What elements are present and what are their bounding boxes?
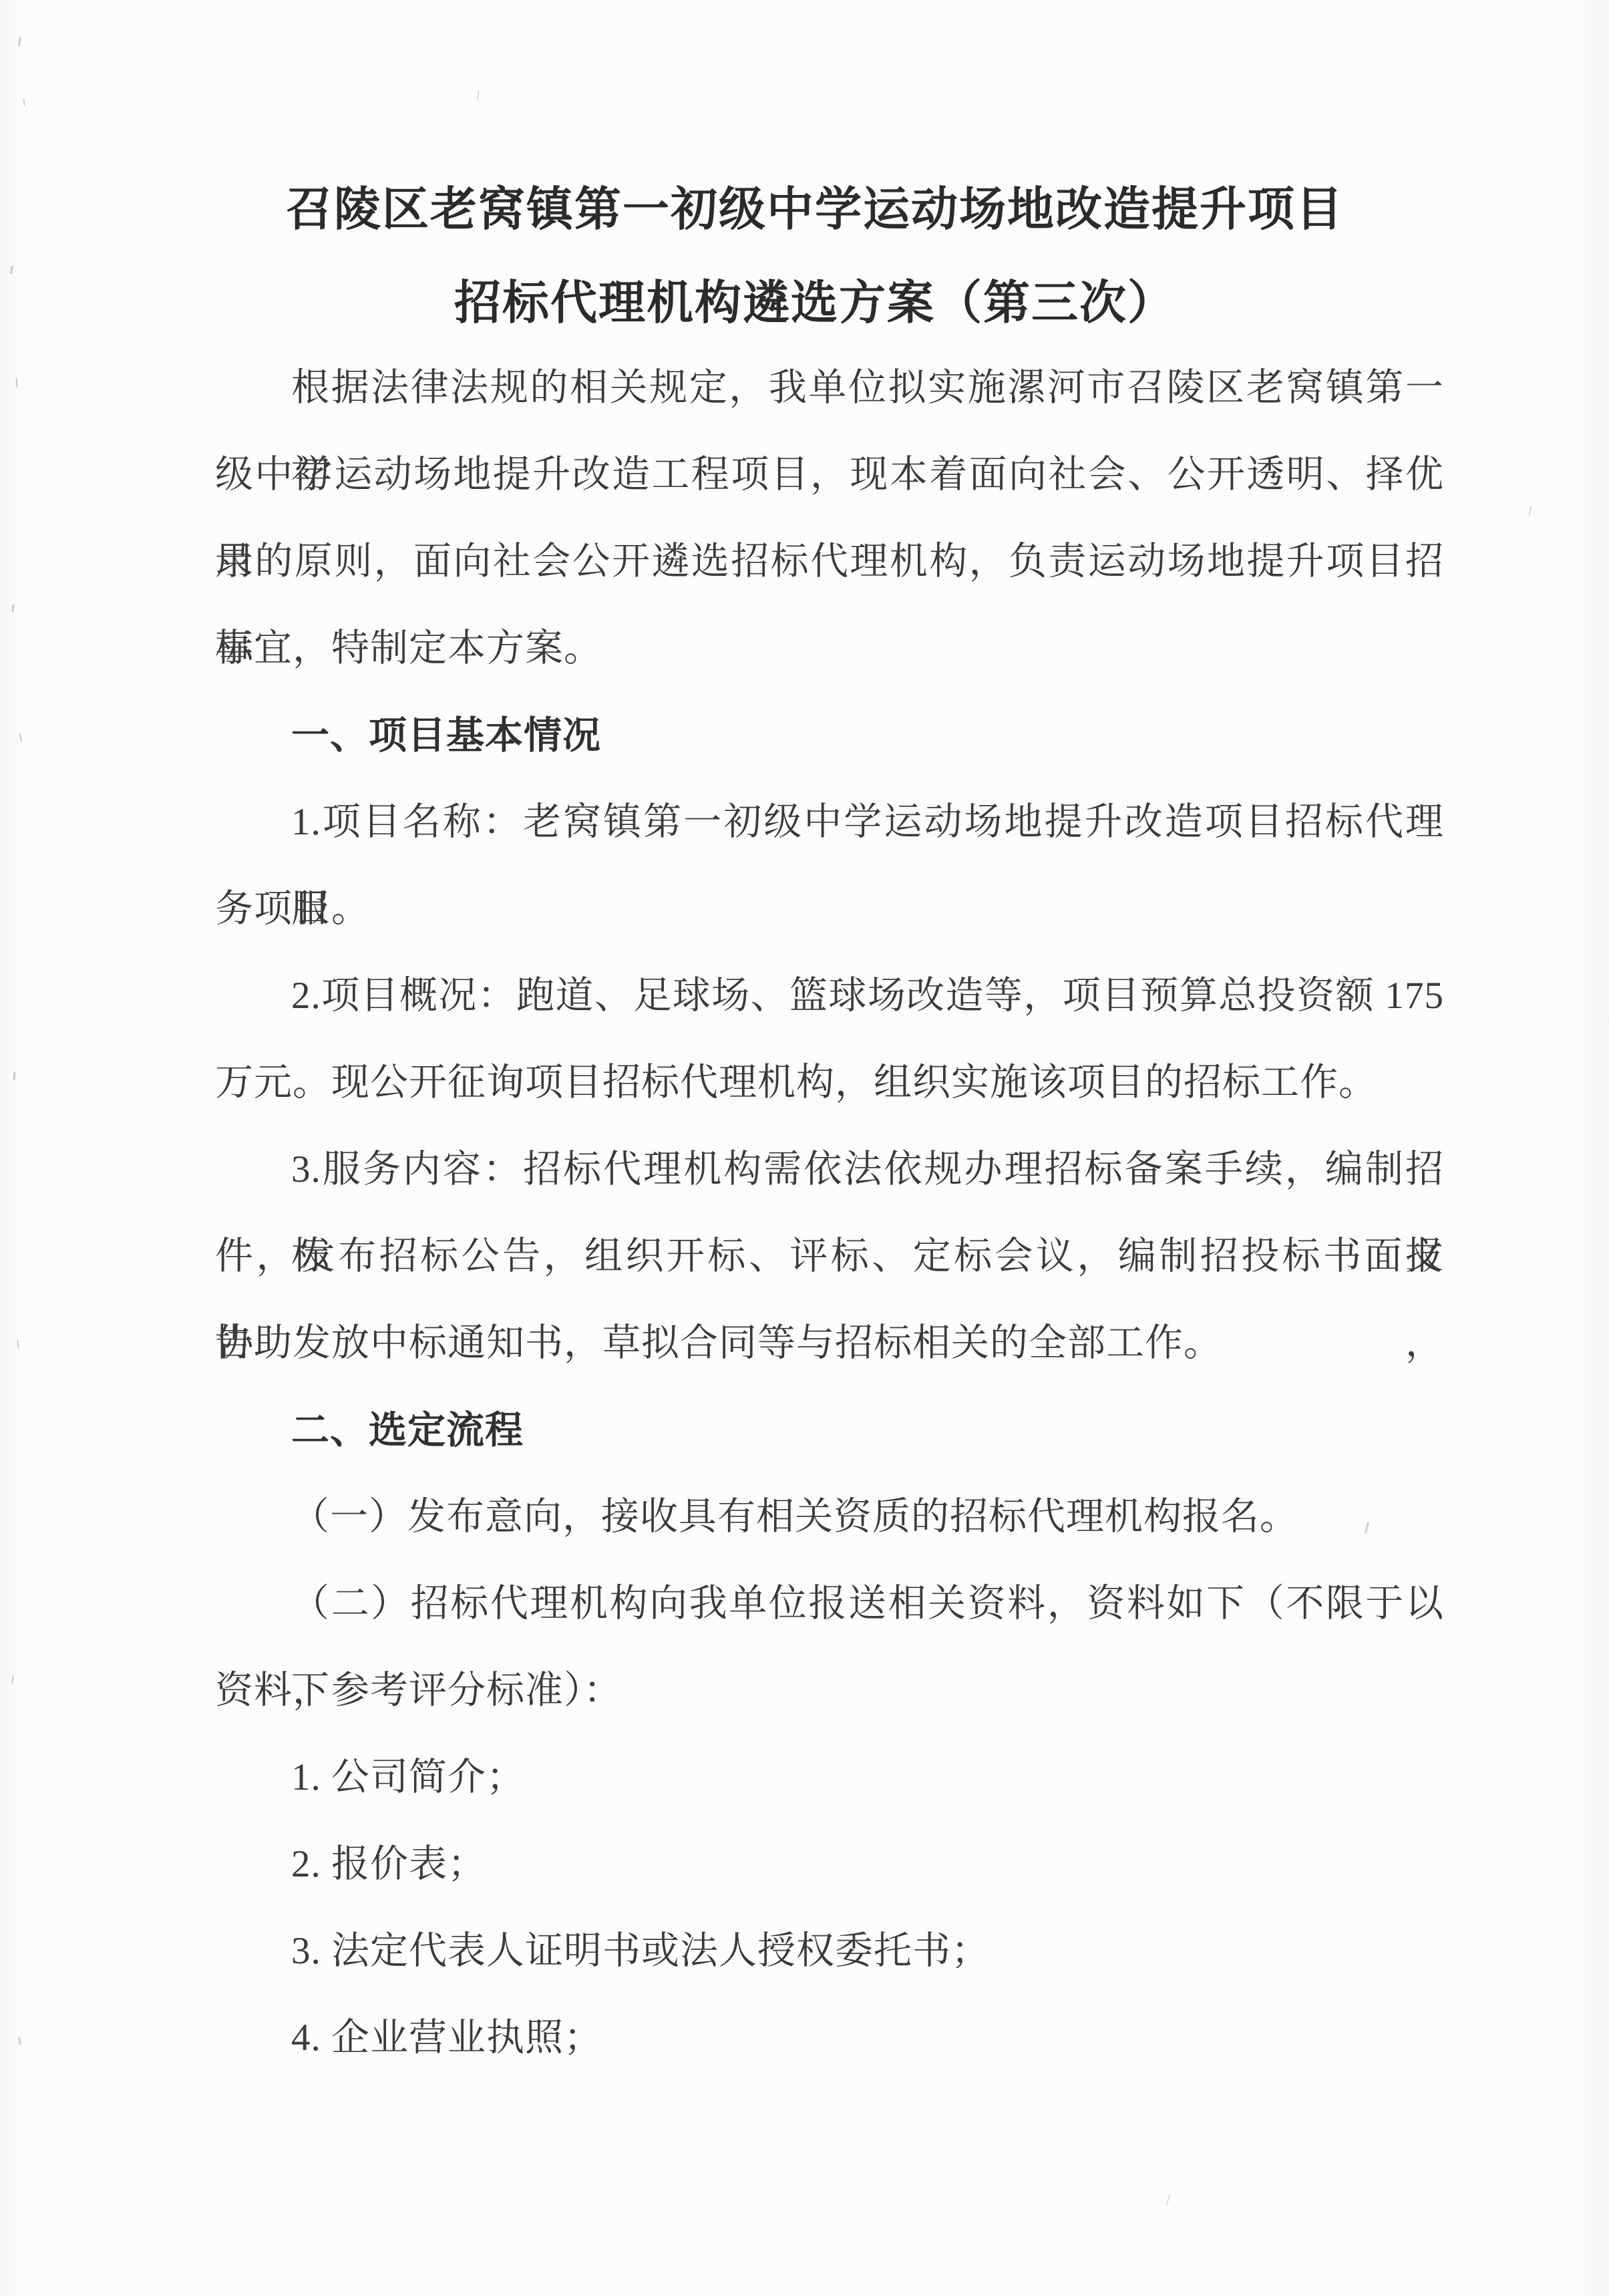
body-line: （二）招标代理机构向我单位报送相关资料，资料如下（不限于以下 [215,1561,1444,1647]
scan-noise [11,605,14,612]
body-line: 1.项目名称：老窝镇第一初级中学运动场地提升改造项目招标代理服 [215,779,1444,866]
scan-noise [477,90,479,101]
scan-noise [11,1675,13,1683]
body-line: 用的原则，面向社会公开遴选招标代理机构，负责运动场地提升项目招标 [215,518,1444,605]
body-line: 2.项目概况：跑道、足球场、篮球场改造等，项目预算总投资额 175 [215,953,1444,1039]
scan-noise [15,377,17,387]
title-line-2: 招标代理机构遴选方案（第三次） [200,257,1429,351]
list-item: 4. 企业营业执照； [215,1995,1444,2082]
title-line-1: 召陵区老窝镇第一初级中学运动场地改造提升项目 [200,164,1429,257]
scan-noise [1166,2194,1170,2205]
document-body: 根据法律法规的相关规定，我单位拟实施漯河市召陵区老窝镇第一初 级中学运动场地提升… [215,345,1444,2082]
body-line: 件，发布招标公告，组织开标、评标、定标会议，编制招投标书面报告， [215,1213,1444,1300]
scan-noise [23,99,25,106]
scan-noise [18,37,21,46]
list-item: 2. 报价表； [215,1821,1444,1908]
document-title: 召陵区老窝镇第一初级中学运动场地改造提升项目 招标代理机构遴选方案（第三次） [200,164,1429,351]
body-line: 事宜，特制定本方案。 [215,605,1444,692]
body-line: 资料，参考评分标准）： [215,1647,1444,1734]
body-line: 根据法律法规的相关规定，我单位拟实施漯河市召陵区老窝镇第一初 [215,345,1444,432]
section-heading: 二、选定流程 [215,1387,1444,1474]
body-line: 务项目。 [215,866,1444,953]
scan-noise [19,733,22,742]
scan-noise [10,266,13,274]
scan-noise [1529,506,1532,516]
body-line: 3.服务内容：招标代理机构需依法依规办理招标备案手续，编制招标文 [215,1126,1444,1213]
list-item: 1. 公司简介； [215,1734,1444,1821]
body-line: 万元。现公开征询项目招标代理机构，组织实施该项目的招标工作。 [215,1039,1444,1126]
scanned-document-page: 召陵区老窝镇第一初级中学运动场地改造提升项目 招标代理机构遴选方案（第三次） 根… [0,0,1609,2296]
body-line: 级中学运动场地提升改造工程项目，现本着面向社会、公开透明、择优录 [215,432,1444,518]
section-heading: 一、项目基本情况 [215,692,1444,779]
list-item: 3. 法定代表人证明书或法人授权委托书； [215,1908,1444,1995]
scan-noise [17,1339,19,1349]
body-line: （一）发布意向，接收具有相关资质的招标代理机构报名。 [215,1474,1444,1561]
scan-noise [13,1072,15,1080]
scan-noise [18,2037,21,2045]
